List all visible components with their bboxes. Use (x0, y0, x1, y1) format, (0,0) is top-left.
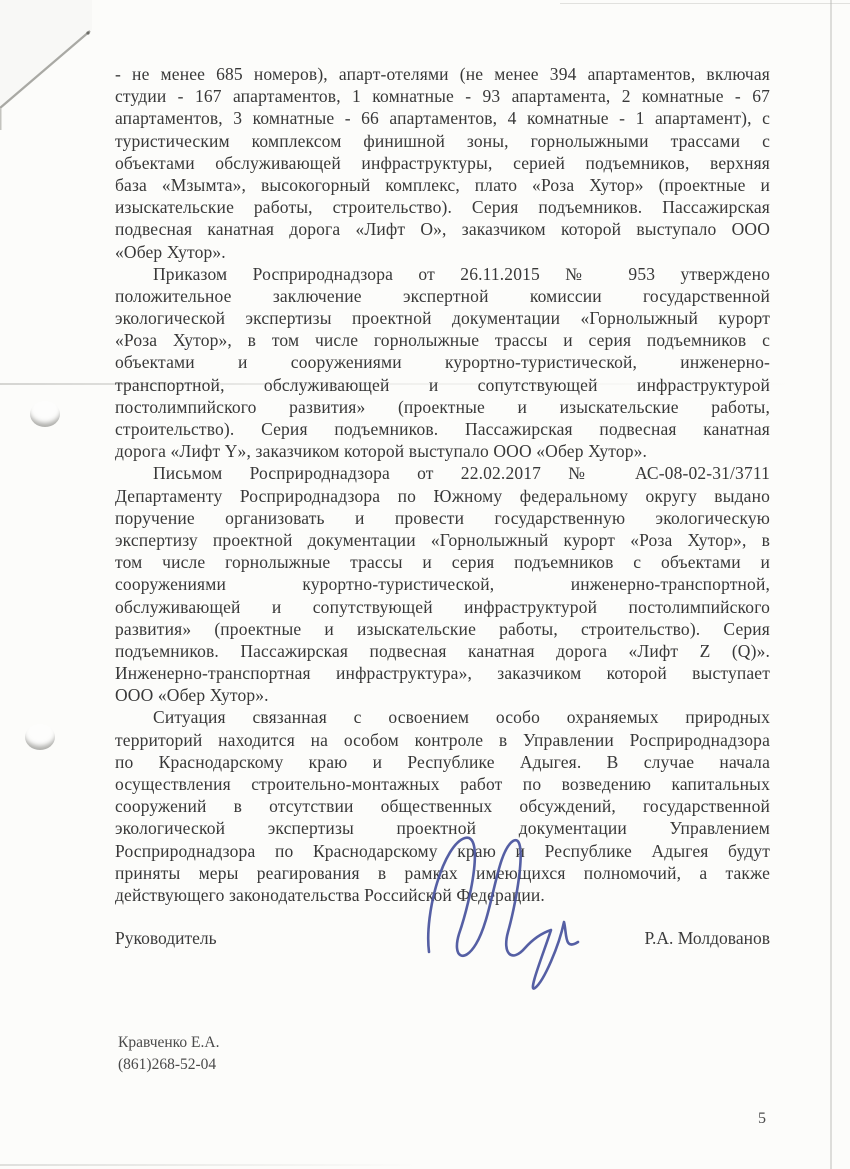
text-line: Департаменту Росприроднадзора по Южному … (115, 485, 770, 507)
text-line: сооружений в отсутствии общественных обс… (115, 795, 770, 817)
text-line: подвесная канатная дорога «Лифт О», зака… (115, 218, 770, 240)
text-line: экспертизу проектной документации «Горно… (115, 529, 770, 551)
scan-edge-right (830, 0, 832, 1169)
text-line: Приказом Росприроднадзора от 26.11.2015 … (115, 263, 770, 285)
text-line: «Обер Хутор». (115, 241, 770, 263)
text-line: туристическим комплексом финишной зоны, … (115, 130, 770, 152)
text-line: строительство). Серия подъемников. Пасса… (115, 418, 770, 440)
text-line: объектами обслуживающей инфраструктуры, … (115, 152, 770, 174)
text-line: действующего законодательства Российской… (115, 884, 770, 906)
text-line: положительное заключение экспертной коми… (115, 285, 770, 307)
executor-name: Кравченко Е.А. (118, 1032, 219, 1054)
text-line: сооружениями курортно-туристической, инж… (115, 573, 770, 595)
hole-punch-bottom (25, 724, 55, 750)
paragraph-3: Письмом Росприроднадзора от 22.02.2017 №… (115, 462, 770, 706)
page-corner-fold (0, 0, 120, 130)
text-line: апартаментов, 3 комнатные - 66 апартамен… (115, 107, 770, 129)
text-line: транспортной, обслуживающей и сопутствую… (115, 374, 770, 396)
text-line: экологической экспертизы проектной докум… (115, 307, 770, 329)
text-line: объектами и сооружениями курортно-турист… (115, 351, 770, 373)
document-body: - не менее 685 номеров), апарт-отелями (… (115, 63, 770, 906)
text-line: «Роза Хутор», в том числе горнолыжные тр… (115, 329, 770, 351)
page-number: 5 (758, 1110, 766, 1128)
text-line: изыскательские работы, строительство). С… (115, 196, 770, 218)
text-line: Письмом Росприроднадзора от 22.02.2017 №… (115, 462, 770, 484)
text-line: дорога «Лифт Y», заказчиком которой выст… (115, 440, 770, 462)
text-line: Инженерно-транспортная инфраструктура», … (115, 662, 770, 684)
text-line: поручение организовать и провести госуда… (115, 507, 770, 529)
text-line: подъемников. Пассажирская подвесная кана… (115, 640, 770, 662)
scanned-letter-page: - не менее 685 номеров), апарт-отелями (… (0, 0, 850, 1169)
paragraph-1: - не менее 685 номеров), апарт-отелями (… (115, 63, 770, 263)
text-line: том числе горнолыжные трассы и серия под… (115, 551, 770, 573)
text-line: Росприроднадзора по Краснодарскому краю … (115, 840, 770, 862)
paragraph-2: Приказом Росприроднадзора от 26.11.2015 … (115, 263, 770, 463)
paragraph-4: Ситуация связанная с освоением особо охр… (115, 706, 770, 906)
executor-block: Кравченко Е.А. (861)268-52-04 (118, 1032, 219, 1076)
text-line: ООО «Обер Хутор». (115, 684, 770, 706)
text-line: обслуживающей и сопутствующей инфраструк… (115, 596, 770, 618)
text-line: осуществления строительно-монтажных рабо… (115, 773, 770, 795)
text-line: приняты меры реагирования в рамках имеющ… (115, 862, 770, 884)
text-line: развития» (проектные и изыскательские ра… (115, 618, 770, 640)
text-line: студии - 167 апартаментов, 1 комнатные -… (115, 85, 770, 107)
signature-row: Руководитель Р.А. Молдованов (115, 928, 770, 949)
text-line: постолимпийского развития» (проектные и … (115, 396, 770, 418)
signatory-role: Руководитель (115, 928, 217, 949)
signatory-name: Р.А. Молдованов (644, 928, 770, 949)
hole-punch-top (30, 401, 60, 427)
text-line: экологической экспертизы проектной докум… (115, 817, 770, 839)
scan-edge-top (560, 3, 850, 4)
text-line: - не менее 685 номеров), апарт-отелями (… (115, 63, 770, 85)
scan-edge-bottom (0, 1164, 420, 1166)
text-line: территорий находится на особом контроле … (115, 729, 770, 751)
text-line: Ситуация связанная с освоением особо охр… (115, 706, 770, 728)
executor-phone: (861)268-52-04 (118, 1054, 219, 1076)
text-line: база «Мзымта», высокогорный комплекс, пл… (115, 174, 770, 196)
text-line: по Краснодарскому краю и Республике Адыг… (115, 751, 770, 773)
